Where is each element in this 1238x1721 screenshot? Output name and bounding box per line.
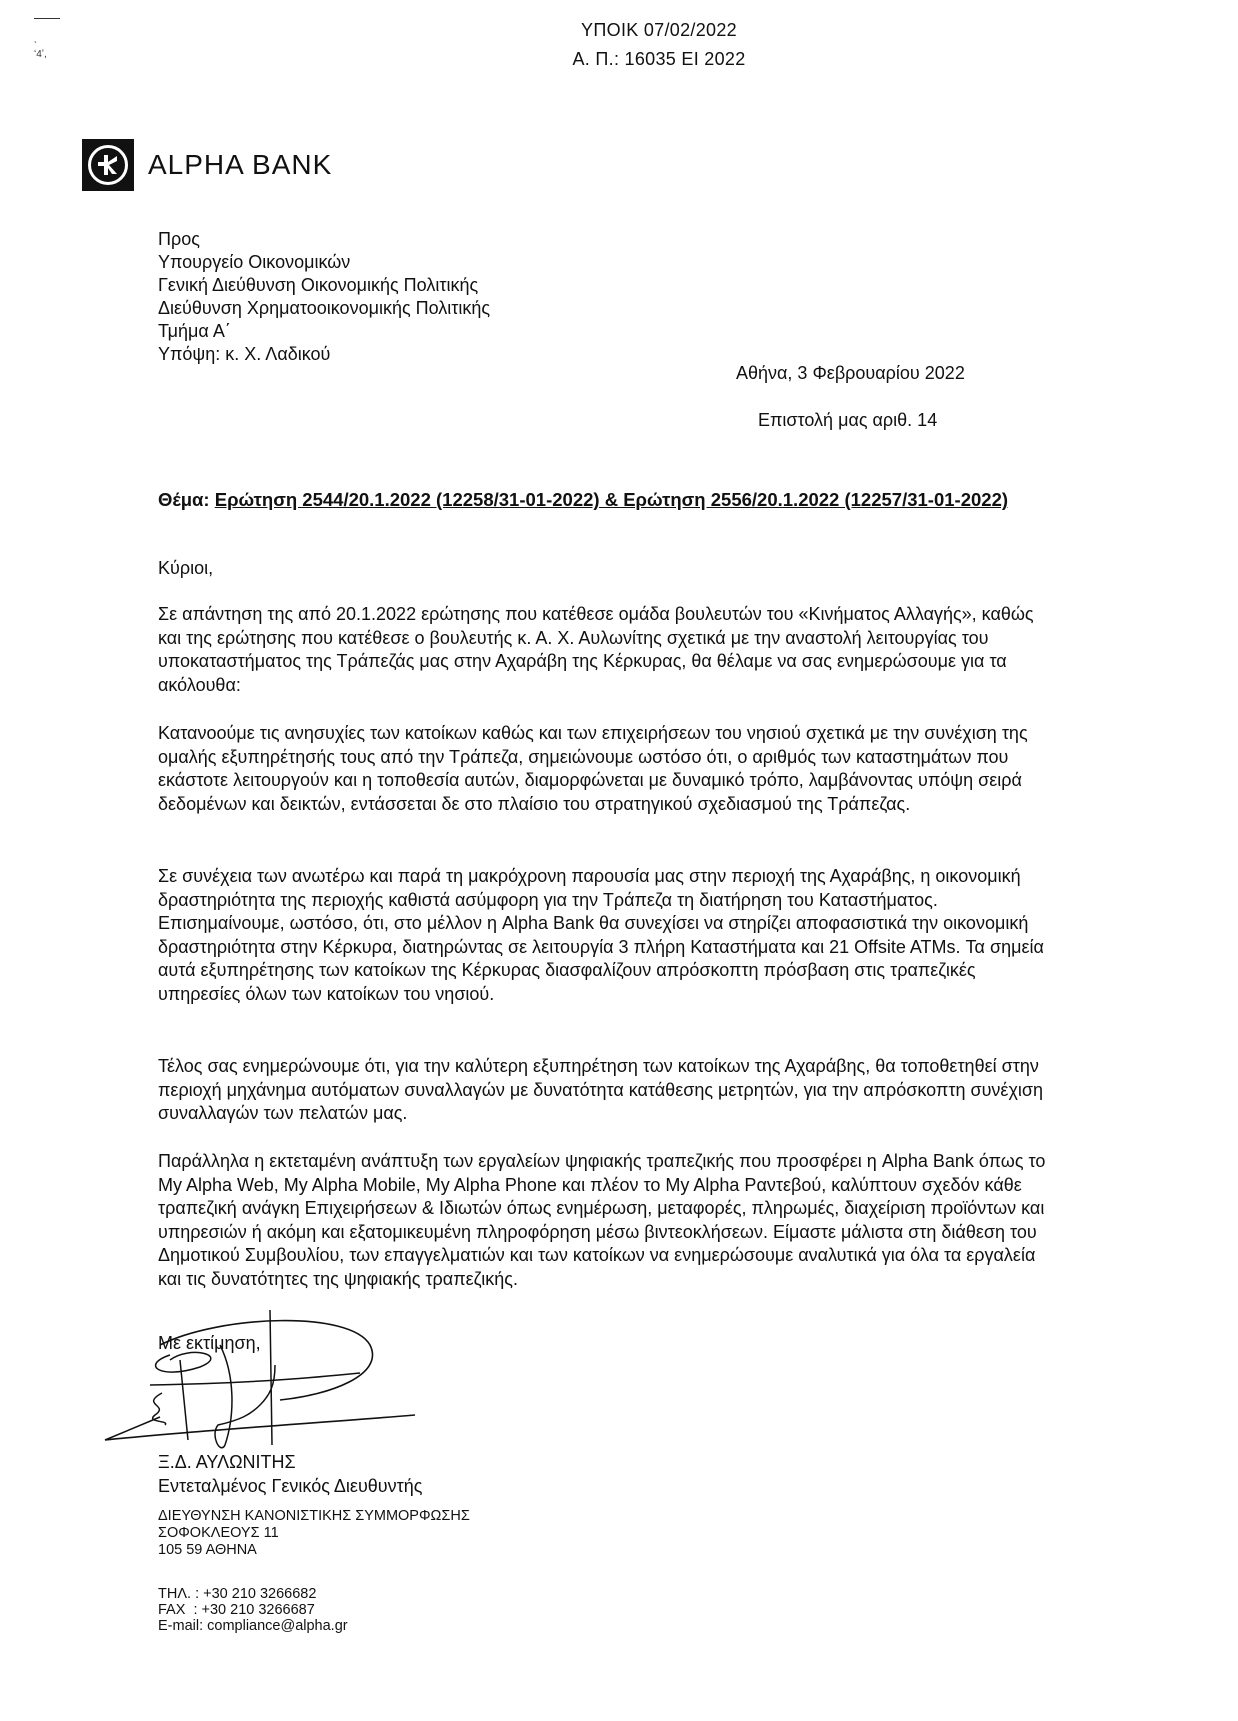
signer-block: Ξ.Δ. ΑΥΛΩΝΙΤΗΣ Εντεταλμένος Γενικός Διευ… [158, 1450, 422, 1498]
paragraph-atm: Τέλος σας ενημερώνουμε ότι, για την καλύ… [158, 1055, 1058, 1126]
department-city: 105 59 ΑΘΗΝΑ [158, 1542, 470, 1559]
recipient-line: Υπουργείο Οικονομικών [158, 251, 490, 274]
protocol-stamp-date: ΥΠΟΙΚ 07/02/2022 [40, 20, 1238, 41]
protocol-stamp-number: Α. Π.: 16035 ΕΙ 2022 [40, 49, 1238, 70]
department-street: ΣΟΦΟΚΛΕΟΥΣ 11 [158, 1525, 470, 1542]
recipient-line: Γενική Διεύθυνση Οικονομικής Πολιτικής [158, 274, 490, 297]
greeting: Κύριοι, [158, 558, 213, 579]
department-address: ΔΙΕΥΘΥΝΣΗ ΚΑΝΟΝΙΣΤΙΚΗΣ ΣΥΜΜΟΡΦΩΣΗΣ ΣΟΦΟΚ… [158, 1508, 470, 1559]
bank-name: ALPHA BANK [148, 149, 332, 181]
subject-text: Ερώτηση 2544/20.1.2022 (12258/31-01-2022… [215, 489, 1008, 510]
paragraph-digital-banking: Παράλληλα η εκτεταμένη ανάπτυξη των εργα… [158, 1150, 1058, 1291]
contact-fax: FAX : +30 210 3266687 [158, 1602, 348, 1618]
subject-label: Θέμα: [158, 489, 210, 510]
bank-logo: ALPHA BANK [82, 139, 332, 191]
contact-details: ΤΗΛ. : +30 210 3266682 FAX : +30 210 326… [158, 1586, 348, 1634]
paragraph-intro: Σε απάντηση της από 20.1.2022 ερώτησης π… [158, 603, 1058, 697]
recipient-block: Προς Υπουργείο Οικονομικών Γενική Διεύθυ… [158, 228, 490, 366]
recipient-line: Διεύθυνση Χρηματοοικονομικής Πολιτικής [158, 297, 490, 320]
paragraph-concerns: Κατανοούμε τις ανησυχίες των κατοίκων κα… [158, 722, 1058, 816]
signature [100, 1305, 430, 1455]
place-date: Αθήνα, 3 Φεβρουαρίου 2022 [736, 363, 965, 384]
paragraph-branch-closure: Σε συνέχεια των ανωτέρω και παρά τη μακρ… [158, 865, 1058, 1006]
signer-title: Εντεταλμένος Γενικός Διευθυντής [158, 1474, 422, 1498]
subject-line: Θέμα: Ερώτηση 2544/20.1.2022 (12258/31-0… [158, 488, 1058, 512]
letter-number: Επιστολή μας αριθ. 14 [758, 410, 937, 431]
recipient-line: Τμήμα Α΄ [158, 320, 490, 343]
signer-name: Ξ.Δ. ΑΥΛΩΝΙΤΗΣ [158, 1450, 422, 1474]
department-name: ΔΙΕΥΘΥΝΣΗ ΚΑΝΟΝΙΣΤΙΚΗΣ ΣΥΜΜΟΡΦΩΣΗΣ [158, 1508, 470, 1525]
recipient-line: Υπόψη: κ. Χ. Λαδικού [158, 343, 490, 366]
recipient-line: Προς [158, 228, 490, 251]
contact-email: E-mail: compliance@alpha.gr [158, 1618, 348, 1634]
alpha-bank-logo-icon [82, 139, 134, 191]
contact-phone: ΤΗΛ. : +30 210 3266682 [158, 1586, 348, 1602]
